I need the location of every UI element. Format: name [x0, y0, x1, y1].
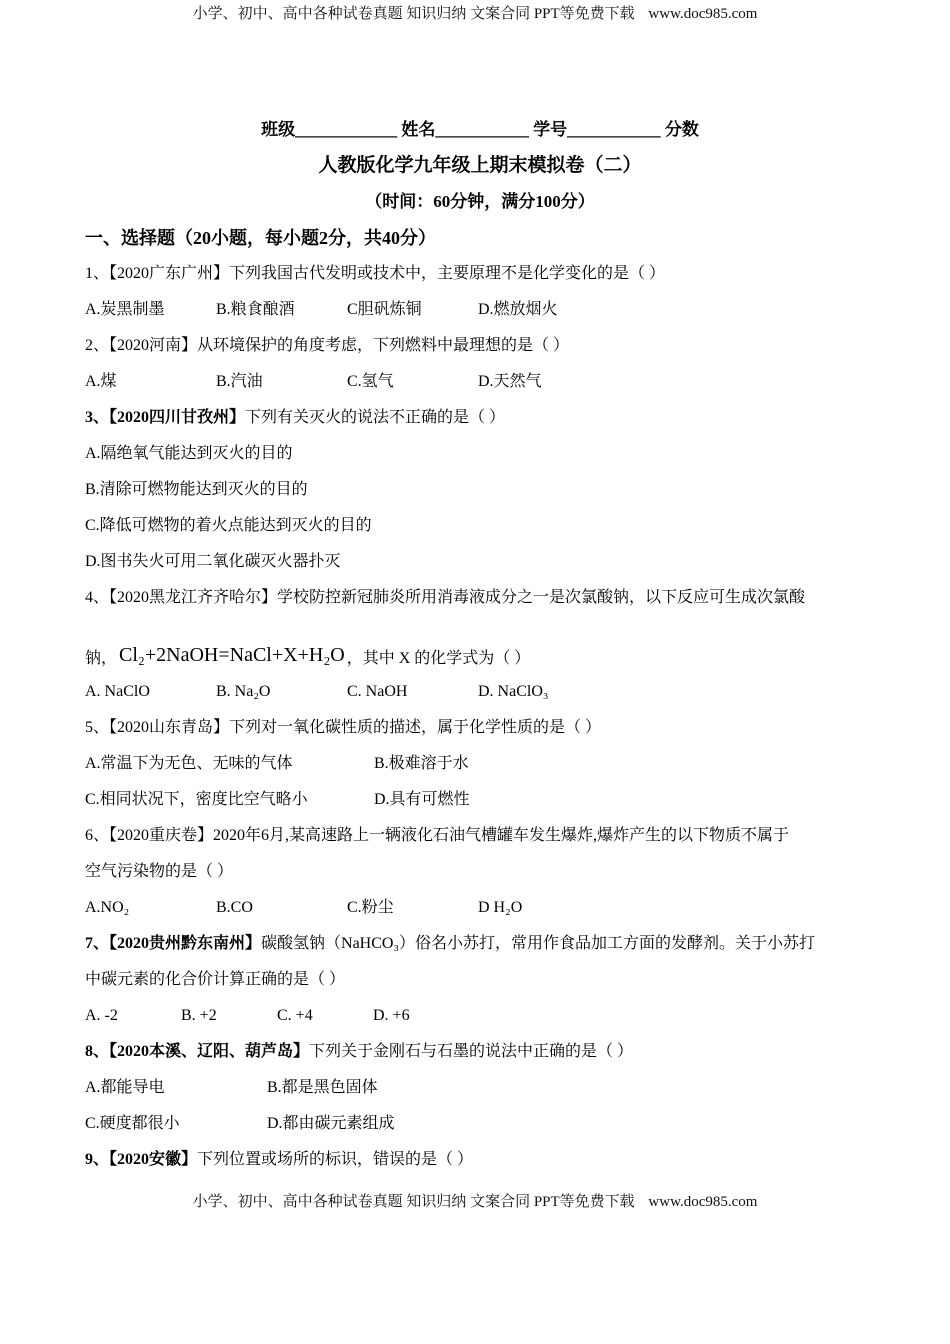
question-4-options: A. NaClO B. Na₂O C. NaOH D. NaClO₃	[85, 674, 875, 710]
option-c: C.降低可燃物的着火点能达到灭火的目的	[85, 508, 875, 544]
option-d: D. +6	[373, 998, 410, 1034]
site-header-notice: 小学、初中、高中各种试卷真题 知识归纳 文案合同 PPT等免费下载	[193, 6, 635, 22]
question-4-text-line1: 4、【2020黑龙江齐齐哈尔】学校防控新冠肺炎所用消毒液成分之一是次氯酸钠，以下…	[85, 580, 875, 616]
site-header-url: www.doc985.com	[648, 6, 757, 22]
question-8-text: 8、【2020本溪、辽阳、葫芦岛】下列关于金刚石与石墨的说法中正确的是（ ）	[85, 1034, 875, 1070]
question-9: 9、【2020安徽】下列位置或场所的标识，错误的是（ ）	[85, 1142, 875, 1178]
question-2-text: 2、【2020河南】从环境保护的角度考虑，下列燃料中最理想的是（ ）	[85, 328, 875, 364]
question-4-source: 4、【2020黑龙江齐齐哈尔】	[85, 589, 277, 606]
question-7-source: 7、【2020贵州黔东南州】	[85, 935, 261, 952]
option-b: B.清除可燃物能达到灭火的目的	[85, 472, 875, 508]
question-7-text-line2: 中碳元素的化合价计算正确的是（ ）	[85, 962, 875, 998]
question-9-source: 9、【2020安徽】	[85, 1151, 197, 1168]
question-8-options-row1: A.都能导电 B.都是黑色固体	[85, 1070, 875, 1106]
question-6-options: A.NO₂ B.CO C.粉尘 D H₂O	[85, 890, 875, 926]
exam-page: 班级____________ 姓名___________ 学号_________…	[85, 112, 875, 1178]
site-footer-notice: 小学、初中、高中各种试卷真题 知识归纳 文案合同 PPT等免费下载	[193, 1194, 635, 1210]
question-5-options-row2: C.相同状况下，密度比空气略小 D.具有可燃性	[85, 782, 875, 818]
section-1-heading: 一、选择题（20小题，每小题2分，共40分）	[85, 220, 875, 256]
site-header: 小学、初中、高中各种试卷真题 知识归纳 文案合同 PPT等免费下载 www.do…	[0, 5, 950, 23]
option-b: B.汽油	[216, 364, 343, 400]
option-a: A.隔绝氧气能达到灭火的目的	[85, 436, 875, 472]
question-9-text: 9、【2020安徽】下列位置或场所的标识，错误的是（ ）	[85, 1142, 875, 1178]
option-d: D.具有可燃性	[374, 782, 470, 818]
question-6: 6、【2020重庆卷】2020年6月,某高速路上一辆液化石油气槽罐车发生爆炸,爆…	[85, 818, 875, 926]
question-7-text-line1: 7、【2020贵州黔东南州】碳酸氢钠（NaHCO₃）俗名小苏打，常用作食品加工方…	[85, 926, 875, 962]
option-d: D.天然气	[478, 364, 542, 400]
option-c: C.氢气	[347, 364, 474, 400]
option-b: B. +2	[181, 998, 273, 1034]
question-6-text-line2: 空气污染物的是（ ）	[85, 854, 875, 890]
question-4-text-line2: 钠， Cl₂+2NaOH=NaCl+X+H₂O ，其中 X 的化学式为（ ）	[85, 616, 875, 674]
question-4-lead: 钠，	[85, 644, 117, 674]
question-1-text: 1、【2020广东广州】下列我国古代发明或技术中，主要原理不是化学变化的是（ ）	[85, 256, 875, 292]
site-footer-url: www.doc985.com	[648, 1194, 757, 1210]
question-5-text: 5、【2020山东青岛】下列对一氧化碳性质的描述，属于化学性质的是（ ）	[85, 710, 875, 746]
option-c: C胆矾炼铜	[347, 292, 474, 328]
option-b: B.CO	[216, 890, 343, 926]
question-3-source: 3、【2020四川甘孜州】	[85, 409, 245, 426]
question-2-source: 2、【2020河南】	[85, 337, 197, 354]
option-a: A.煤	[85, 364, 212, 400]
question-7-options: A. -2 B. +2 C. +4 D. +6	[85, 998, 875, 1034]
question-8: 8、【2020本溪、辽阳、葫芦岛】下列关于金刚石与石墨的说法中正确的是（ ） A…	[85, 1034, 875, 1142]
option-b: B.粮食酿酒	[216, 292, 343, 328]
option-a: A.NO₂	[85, 890, 212, 926]
question-6-source: 6、【2020重庆卷】	[85, 827, 213, 844]
question-2: 2、【2020河南】从环境保护的角度考虑，下列燃料中最理想的是（ ） A.煤 B…	[85, 328, 875, 400]
option-d: D.图书失火可用二氧化碳灭火器扑灭	[85, 544, 875, 580]
exam-title: 人教版化学九年级上期末模拟卷（二）	[85, 148, 875, 184]
question-8-source: 8、【2020本溪、辽阳、葫芦岛】	[85, 1043, 309, 1060]
question-1-source: 1、【2020广东广州】	[85, 265, 229, 282]
question-5: 5、【2020山东青岛】下列对一氧化碳性质的描述，属于化学性质的是（ ） A.常…	[85, 710, 875, 818]
question-4-tail: ，其中 X 的化学式为（ ）	[347, 644, 531, 674]
option-a: A.都能导电	[85, 1070, 263, 1106]
question-4: 4、【2020黑龙江齐齐哈尔】学校防控新冠肺炎所用消毒液成分之一是次氯酸钠，以下…	[85, 580, 875, 710]
exam-subtitle: （时间：60分钟，满分100分）	[85, 184, 875, 220]
option-c: C.硬度都很小	[85, 1106, 263, 1142]
question-1-options: A.炭黑制墨 B.粮食酿酒 C胆矾炼铜 D.燃放烟火	[85, 292, 875, 328]
option-c: C. NaOH	[347, 674, 474, 710]
option-d: D. NaClO₃	[478, 674, 548, 710]
question-3: 3、【2020四川甘孜州】下列有关灭火的说法不正确的是（ ） A.隔绝氧气能达到…	[85, 400, 875, 580]
question-7: 7、【2020贵州黔东南州】碳酸氢钠（NaHCO₃）俗名小苏打，常用作食品加工方…	[85, 926, 875, 1034]
question-3-text: 3、【2020四川甘孜州】下列有关灭火的说法不正确的是（ ）	[85, 400, 875, 436]
option-a: A. -2	[85, 998, 177, 1034]
fill-in-line: 班级____________ 姓名___________ 学号_________…	[85, 112, 875, 148]
option-d: D.都由碳元素组成	[267, 1106, 395, 1142]
option-c: C. +4	[277, 998, 369, 1034]
question-2-options: A.煤 B.汽油 C.氢气 D.天然气	[85, 364, 875, 400]
question-5-options-row1: A.常温下为无色、无味的气体 B.极难溶于水	[85, 746, 875, 782]
question-8-options-row2: C.硬度都很小 D.都由碳元素组成	[85, 1106, 875, 1142]
option-b: B. Na₂O	[216, 674, 343, 710]
question-5-source: 5、【2020山东青岛】	[85, 719, 229, 736]
option-c: C.粉尘	[347, 890, 474, 926]
question-1: 1、【2020广东广州】下列我国古代发明或技术中，主要原理不是化学变化的是（ ）…	[85, 256, 875, 328]
option-b: B.极难溶于水	[374, 746, 469, 782]
option-a: A. NaClO	[85, 674, 212, 710]
option-b: B.都是黑色固体	[267, 1070, 378, 1106]
option-a: A.常温下为无色、无味的气体	[85, 746, 370, 782]
option-d: D H₂O	[478, 890, 522, 926]
option-c: C.相同状况下，密度比空气略小	[85, 782, 370, 818]
site-footer: 小学、初中、高中各种试卷真题 知识归纳 文案合同 PPT等免费下载 www.do…	[0, 1193, 950, 1211]
question-6-text-line1: 6、【2020重庆卷】2020年6月,某高速路上一辆液化石油气槽罐车发生爆炸,爆…	[85, 818, 875, 854]
chemical-equation: Cl₂+2NaOH=NaCl+X+H₂O	[119, 643, 345, 667]
option-d: D.燃放烟火	[478, 292, 558, 328]
option-a: A.炭黑制墨	[85, 292, 212, 328]
